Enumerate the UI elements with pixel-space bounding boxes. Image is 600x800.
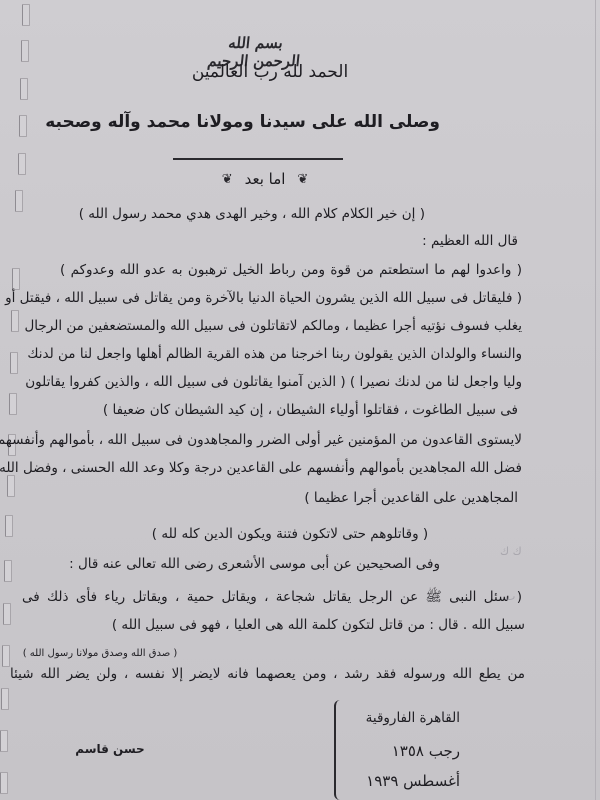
binding-hole <box>5 515 13 537</box>
body-line: لايستوى القاعدون من المؤمنين غير أولى ال… <box>30 432 522 448</box>
amma-baad-text: اما بعد <box>245 170 286 188</box>
binding-hole <box>0 730 8 752</box>
body-line: وليا واجعل لنا من لدنك نصيرا ) ( الذين آ… <box>30 374 522 390</box>
body-line: ( واعدوا لهم ما استطعتم من قوة ومن رباط … <box>60 262 522 278</box>
binding-hole <box>7 475 15 497</box>
signature-hijri-date: رجب ١٣٥٨ <box>350 742 460 760</box>
binding-hole <box>18 153 26 175</box>
amma-baad-heading: ❦ اما بعد ❦ <box>180 168 350 190</box>
opening-quote: ( إن خير الكلام كلام الله ، وخير الهدى ه… <box>105 206 425 222</box>
signature-author: حسن قاسم <box>65 742 155 756</box>
binding-hole <box>0 772 8 794</box>
bleed-through-mark: ٮ <box>505 590 515 603</box>
basmala-calligraphy: بسم الله الرحمن الرحيم <box>203 34 306 64</box>
binding-hole <box>19 115 27 137</box>
binding-hole <box>1 688 9 710</box>
binding-hole <box>15 190 23 212</box>
binding-hole <box>3 603 11 625</box>
ornament-icon: ❦ <box>297 172 308 187</box>
binding-hole <box>9 393 17 415</box>
scanned-page: بسم الله الرحمن الرحيم الحمد لله رب العا… <box>0 0 600 800</box>
closing-line: من يطع الله ورسوله فقد رشد ، ومن يعصهما … <box>10 666 525 682</box>
qatiluhum-verse: ( وقاتلوهم حتى لاتكون فتنة ويكون الدين ك… <box>140 526 440 542</box>
binding-hole <box>12 268 20 290</box>
body-line: يغلب فسوف نؤتيه أجرا عظيما ، ومالكم لاتق… <box>30 318 522 334</box>
binding-hole <box>21 40 29 62</box>
binding-hole <box>2 645 10 667</box>
body-line: والنساء والولدان الذين يقولون ربنا اخرجن… <box>30 346 522 362</box>
header-divider <box>173 158 343 160</box>
binding-hole <box>10 352 18 374</box>
signature-brace <box>334 700 344 800</box>
binding-hole <box>20 78 28 100</box>
hadith-line: ( سئل النبى ﷺ عن الرجل يقاتل شجاعة ، ويق… <box>22 588 522 608</box>
body-line: المجاهدين على القاعدين أجرا عظيما ) <box>304 490 518 506</box>
binding-hole <box>22 4 30 26</box>
page-edge <box>595 0 596 800</box>
binding-hole <box>4 560 12 582</box>
body-line: ( فليقاتل فى سبيل الله الذين يشرون الحيا… <box>32 290 522 306</box>
hadith-line: سبيل الله . قال : من قاتل لتكون كلمة الل… <box>95 617 525 633</box>
signature-gregorian-date: أغسطس ١٩٣٩ <box>350 772 460 790</box>
ornament-icon: ❦ <box>222 172 233 187</box>
signature-place: القاهرة الفاروقية <box>350 710 460 726</box>
qal-allah-heading: قال الله العظيم : <box>422 233 518 249</box>
body-line: فى سبيل الطاغوت ، فقاتلوا أولياء الشيطان… <box>103 402 518 418</box>
sahihayn-intro: وفى الصحيحين عن أبى موسى الأشعرى رضى الل… <box>110 556 440 572</box>
binding-hole <box>11 310 19 332</box>
body-line: فضل الله المجاهدين بأموالهم وأنفسهم على … <box>30 460 522 476</box>
bleed-through-mark: ك ك <box>500 545 522 558</box>
sadaqa-note: ( صدق الله وصدق مولانا رسول الله ) <box>20 648 180 659</box>
salawat-line: وصلى الله على سيدنا ومولانا محمد وآله وص… <box>110 112 440 132</box>
hamd-line: الحمد لله رب العالمين <box>170 62 370 82</box>
